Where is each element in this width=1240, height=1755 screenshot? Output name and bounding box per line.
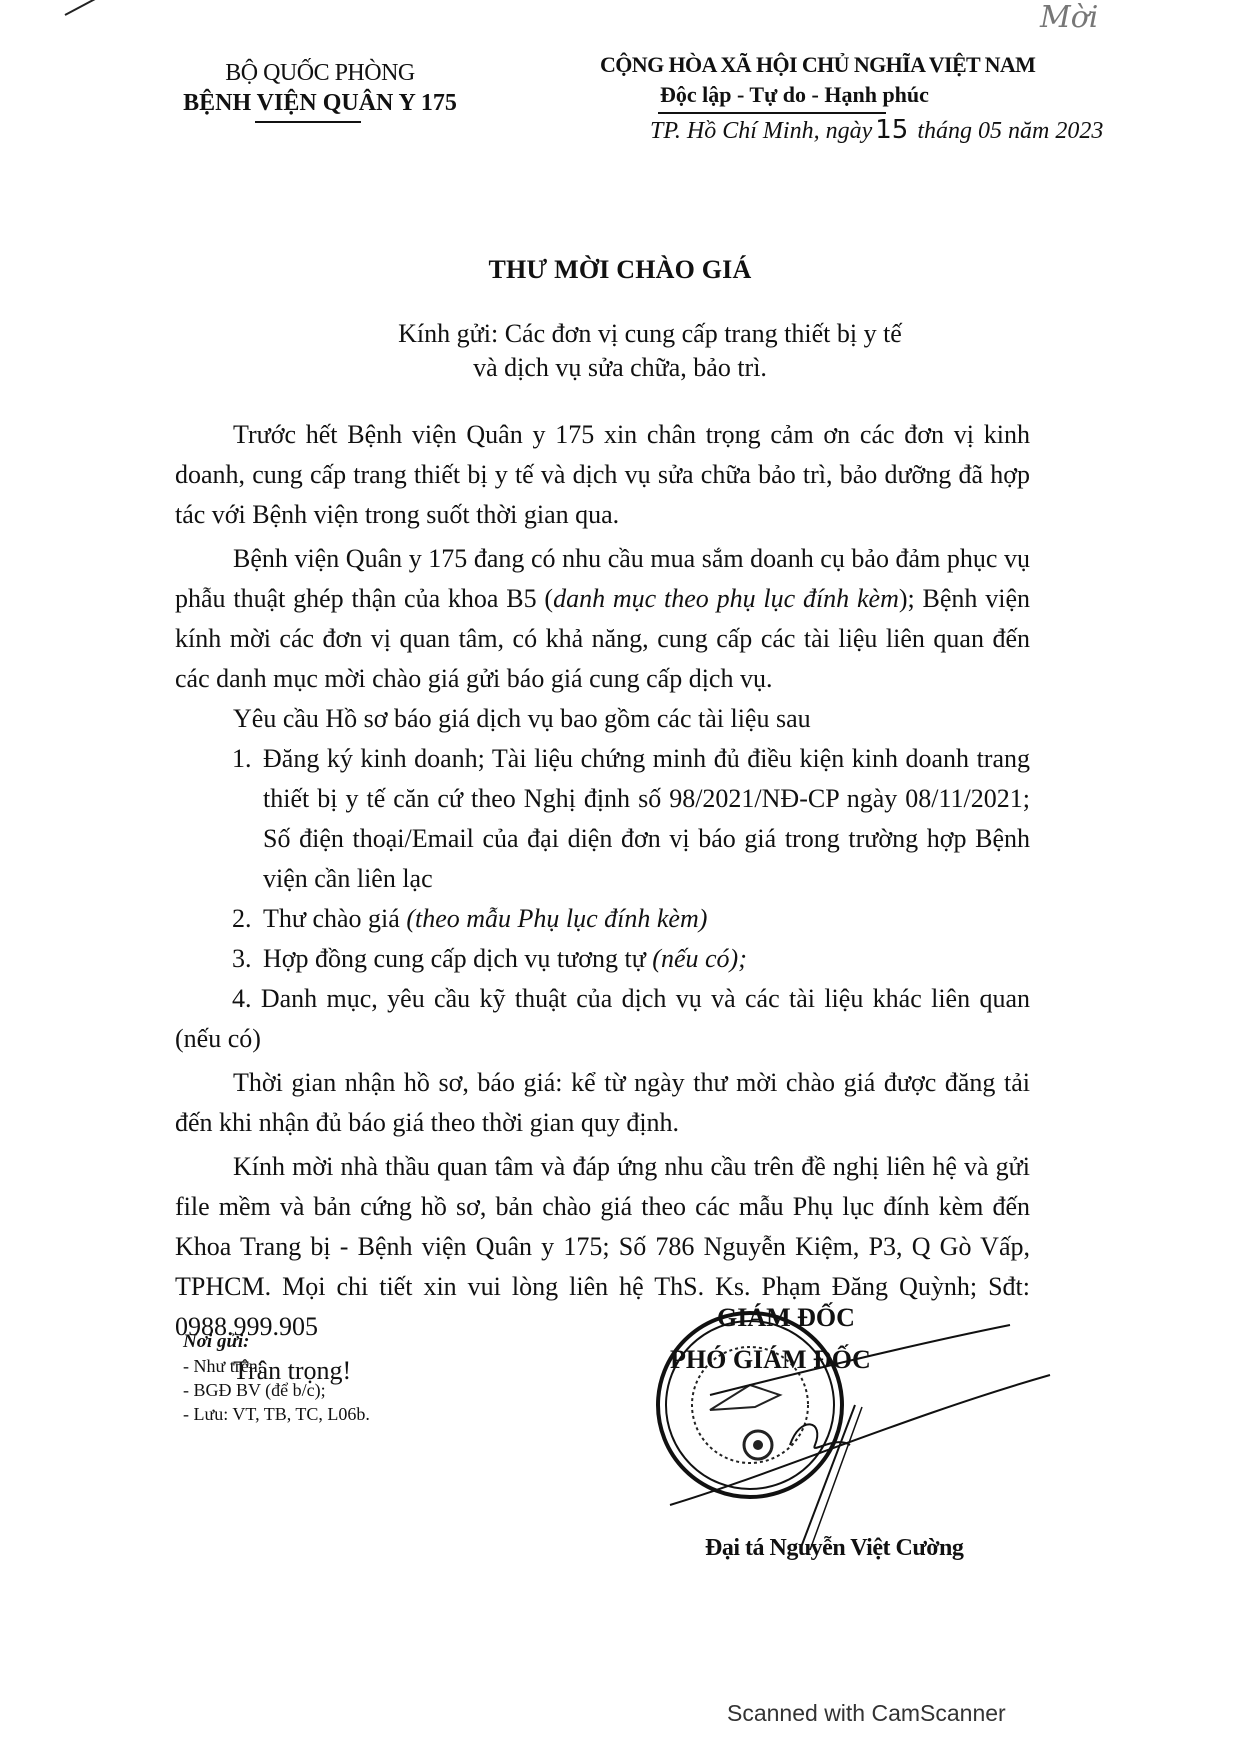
organization-header: BỘ QUỐC PHÒNG BỆNH VIỆN QUÂN Y 175 bbox=[150, 58, 490, 118]
signature-title: GIÁM ĐỐC bbox=[717, 1303, 855, 1333]
paragraph-time: Thời gian nhận hồ sơ, báo giá: kể từ ngà… bbox=[175, 1063, 1030, 1143]
date-line: TP. Hồ Chí Minh, ngày15 tháng 05 năm 202… bbox=[650, 115, 1103, 145]
recipients-heading: Nơi gửi: bbox=[183, 1330, 370, 1354]
requirement-item: 2.Thư chào giá (theo mẫu Phụ lục đính kè… bbox=[175, 899, 1030, 939]
signer-name: Đại tá Nguyễn Việt Cường bbox=[705, 1535, 963, 1562]
official-stamp-icon bbox=[650, 1295, 1070, 1555]
national-title: CỘNG HÒA XÃ HỘI CHỦ NGHĨA VIỆT NAM bbox=[600, 50, 1100, 80]
handwritten-note: Mời bbox=[1040, 0, 1098, 35]
recipient-line-1: Kính gửi: Các đơn vị cung cấp trang thiế… bbox=[0, 317, 1240, 351]
motto-underline bbox=[658, 112, 886, 114]
date-day: 15 bbox=[872, 115, 911, 145]
org-underline bbox=[255, 121, 361, 123]
date-suffix: tháng 05 năm 2023 bbox=[917, 118, 1103, 144]
recipient-entry: - Lưu: VT, TB, TC, L06b. bbox=[183, 1402, 370, 1426]
recipient-line-2: và dịch vụ sửa chữa, bảo trì. bbox=[0, 351, 1240, 385]
requirement-item: 1.Đăng ký kinh doanh; Tài liệu chứng min… bbox=[175, 739, 1030, 899]
org-name: BỆNH VIỆN QUÂN Y 175 bbox=[150, 88, 490, 118]
org-parent: BỘ QUỐC PHÒNG bbox=[150, 58, 490, 88]
signature-subtitle: PHÓ GIÁM ĐỐC bbox=[670, 1345, 871, 1375]
national-motto: Độc lập - Tự do - Hạnh phúc bbox=[600, 80, 1100, 110]
requirement-item: 3.Hợp đồng cung cấp dịch vụ tương tự (nế… bbox=[175, 939, 1030, 979]
national-header: CỘNG HÒA XÃ HỘI CHỦ NGHĨA VIỆT NAM Độc l… bbox=[600, 50, 1100, 110]
appendix-reference: danh mục theo phụ lục đính kèm bbox=[553, 584, 899, 613]
scanner-watermark: Scanned with CamScanner bbox=[727, 1700, 1006, 1727]
requirements-intro: Yêu cầu Hồ sơ báo giá dịch vụ bao gồm cá… bbox=[175, 699, 1030, 739]
recipient: Kính gửi: Các đơn vị cung cấp trang thiế… bbox=[0, 317, 1240, 385]
recipients-block: Nơi gửi: - Như trên; - BGĐ BV (để b/c); … bbox=[183, 1330, 370, 1426]
letter-body: Trước hết Bệnh viện Quân y 175 xin chân … bbox=[175, 415, 1030, 1391]
requirement-item: 4. Danh mục, yêu cầu kỹ thuật của dịch v… bbox=[175, 979, 1030, 1059]
paragraph-request: Bệnh viện Quân y 175 đang có nhu cầu mua… bbox=[175, 539, 1030, 699]
paragraph-thanks: Trước hết Bệnh viện Quân y 175 xin chân … bbox=[175, 415, 1030, 535]
recipient-entry: - BGĐ BV (để b/c); bbox=[183, 1378, 370, 1402]
requirements-list: 1.Đăng ký kinh doanh; Tài liệu chứng min… bbox=[175, 739, 1030, 1059]
letter-title: THƯ MỜI CHÀO GIÁ bbox=[0, 255, 1240, 285]
date-prefix: TP. Hồ Chí Minh, ngày bbox=[650, 118, 872, 144]
pen-mark bbox=[65, 0, 108, 16]
recipient-entry: - Như trên; bbox=[183, 1354, 370, 1378]
